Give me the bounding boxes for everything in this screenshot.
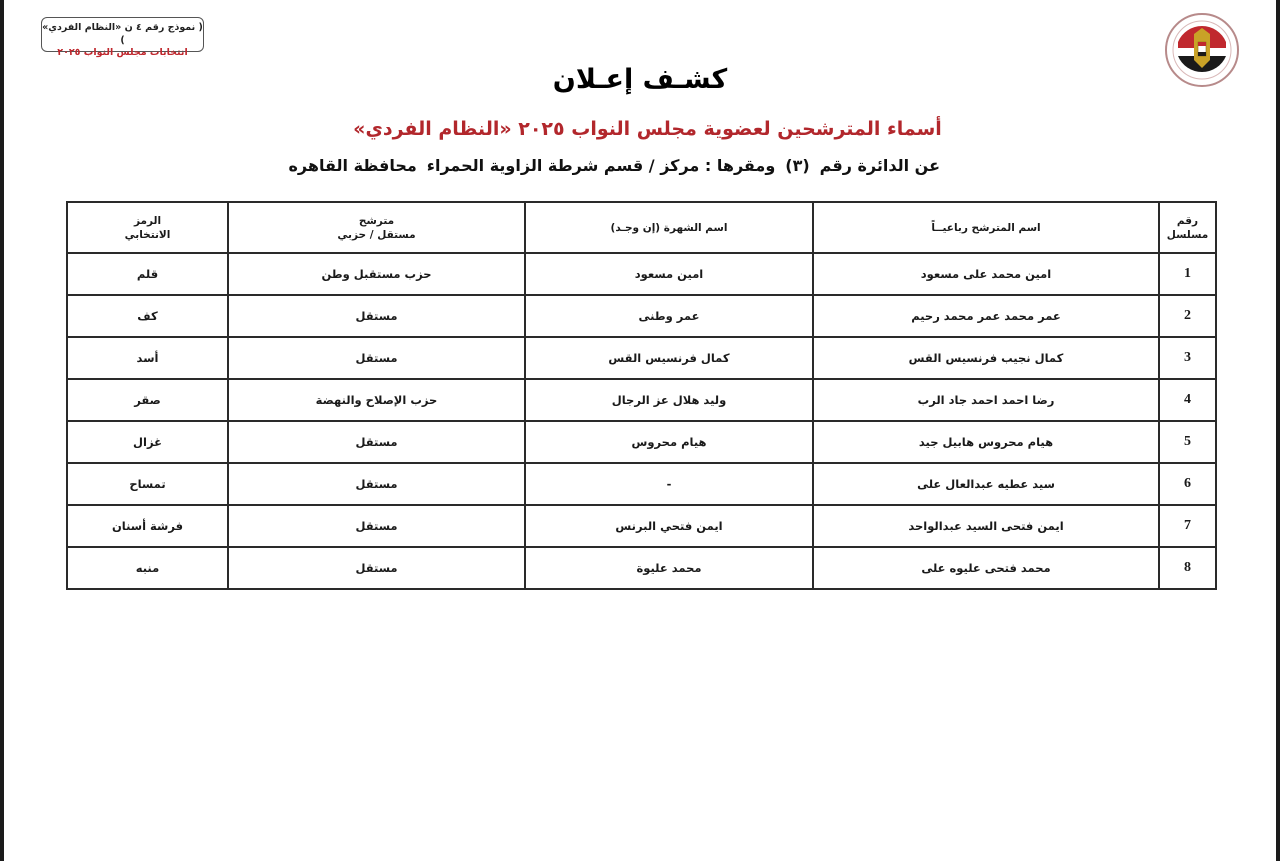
cell-type: مستقل [228, 547, 525, 589]
district-info: عن الدائرة رقم(٣)ومقرها : مركز / قسم شرط… [340, 156, 940, 175]
cell-full-name: عمر محمد عمر محمد رحيم [813, 295, 1159, 337]
cell-full-name: محمد فتحى عليوه على [813, 547, 1159, 589]
header-full-name: اسم المترشح رباعيــاً [813, 202, 1159, 253]
cell-type: مستقل [228, 505, 525, 547]
district-seat: ومقرها : مركز / قسم شرطة الزاوية الحمراء [427, 156, 776, 175]
header-serial-line1: رقم [1160, 214, 1215, 228]
header-candidate-type: مترشح مستقل / حزبي [228, 202, 525, 253]
cell-serial: 4 [1159, 379, 1216, 421]
cell-symbol: تمساح [67, 463, 228, 505]
page-subtitle: أسماء المترشحين لعضوية مجلس النواب ٢٠٢٥ … [0, 118, 1280, 140]
cell-symbol: صقر [67, 379, 228, 421]
cell-type: مستقل [228, 421, 525, 463]
cell-type: حزب الإصلاح والنهضة [228, 379, 525, 421]
header-symbol-line1: الرمز [68, 214, 227, 228]
header-serial: رقم مسلسل [1159, 202, 1216, 253]
table-header-row: رقم مسلسل اسم المترشح رباعيــاً اسم الشه… [67, 202, 1216, 253]
cell-known-name: محمد عليوة [525, 547, 813, 589]
cell-symbol: غزال [67, 421, 228, 463]
cell-symbol: قلم [67, 253, 228, 295]
cell-symbol: فرشة أسنان [67, 505, 228, 547]
cell-type: مستقل [228, 337, 525, 379]
cell-symbol: أسد [67, 337, 228, 379]
table-row: 6 سيد عطيه عبدالعال على - مستقل تمساح [67, 463, 1216, 505]
cell-serial: 1 [1159, 253, 1216, 295]
cell-type: حزب مستقبل وطن [228, 253, 525, 295]
cell-type: مستقل [228, 463, 525, 505]
cell-full-name: امين محمد على مسعود [813, 253, 1159, 295]
cell-full-name: سيد عطيه عبدالعال على [813, 463, 1159, 505]
district-number: (٣) [785, 156, 809, 175]
cell-known-name: - [525, 463, 813, 505]
header-type-line1: مترشح [229, 214, 524, 228]
cell-serial: 5 [1159, 421, 1216, 463]
cell-known-name: وليد هلال عز الرجال [525, 379, 813, 421]
cell-type: مستقل [228, 295, 525, 337]
cell-known-name: امين مسعود [525, 253, 813, 295]
header-symbol-line2: الانتخابي [68, 228, 227, 242]
cell-known-name: عمر وطنى [525, 295, 813, 337]
table-row: 5 هيام محروس هابيل جيد هيام محروس مستقل … [67, 421, 1216, 463]
election-name-text: انتخابات مجلس النواب ٢٠٢٥ [42, 47, 203, 59]
candidates-table: رقم مسلسل اسم المترشح رباعيــاً اسم الشه… [66, 201, 1217, 590]
cell-known-name: هيام محروس [525, 421, 813, 463]
cell-full-name: كمال نجيب فرنسيس القس [813, 337, 1159, 379]
cell-serial: 2 [1159, 295, 1216, 337]
cell-full-name: ايمن فتحى السيد عبدالواحد [813, 505, 1159, 547]
cell-symbol: منبه [67, 547, 228, 589]
page-title: كشـف إعـلان [0, 64, 1280, 95]
table-row: 2 عمر محمد عمر محمد رحيم عمر وطنى مستقل … [67, 295, 1216, 337]
table-row: 3 كمال نجيب فرنسيس القس كمال فرنسيس القس… [67, 337, 1216, 379]
form-number-text: ( نموذج رقم ٤ ن «النظام الفردي» ) [42, 21, 203, 47]
table-row: 7 ايمن فتحى السيد عبدالواحد ايمن فتحي ال… [67, 505, 1216, 547]
cell-full-name: هيام محروس هابيل جيد [813, 421, 1159, 463]
header-known-name: اسم الشهرة (إن وجـد) [525, 202, 813, 253]
table-row: 8 محمد فتحى عليوه على محمد عليوة مستقل م… [67, 547, 1216, 589]
table-row: 4 رضا احمد احمد جاد الرب وليد هلال عز ال… [67, 379, 1216, 421]
cell-serial: 3 [1159, 337, 1216, 379]
form-number-label: ( نموذج رقم ٤ ن «النظام الفردي» ) انتخاب… [41, 17, 204, 52]
cell-full-name: رضا احمد احمد جاد الرب [813, 379, 1159, 421]
cell-serial: 6 [1159, 463, 1216, 505]
header-serial-line2: مسلسل [1160, 228, 1215, 242]
cell-symbol: كف [67, 295, 228, 337]
header-type-line2: مستقل / حزبي [229, 228, 524, 242]
table-row: 1 امين محمد على مسعود امين مسعود حزب مست… [67, 253, 1216, 295]
header-symbol: الرمز الانتخابي [67, 202, 228, 253]
cell-serial: 7 [1159, 505, 1216, 547]
cell-serial: 8 [1159, 547, 1216, 589]
cell-known-name: ايمن فتحي البرنس [525, 505, 813, 547]
district-prefix: عن الدائرة رقم [820, 156, 940, 175]
governorate: محافظة القاهره [288, 156, 416, 175]
cell-known-name: كمال فرنسيس القس [525, 337, 813, 379]
